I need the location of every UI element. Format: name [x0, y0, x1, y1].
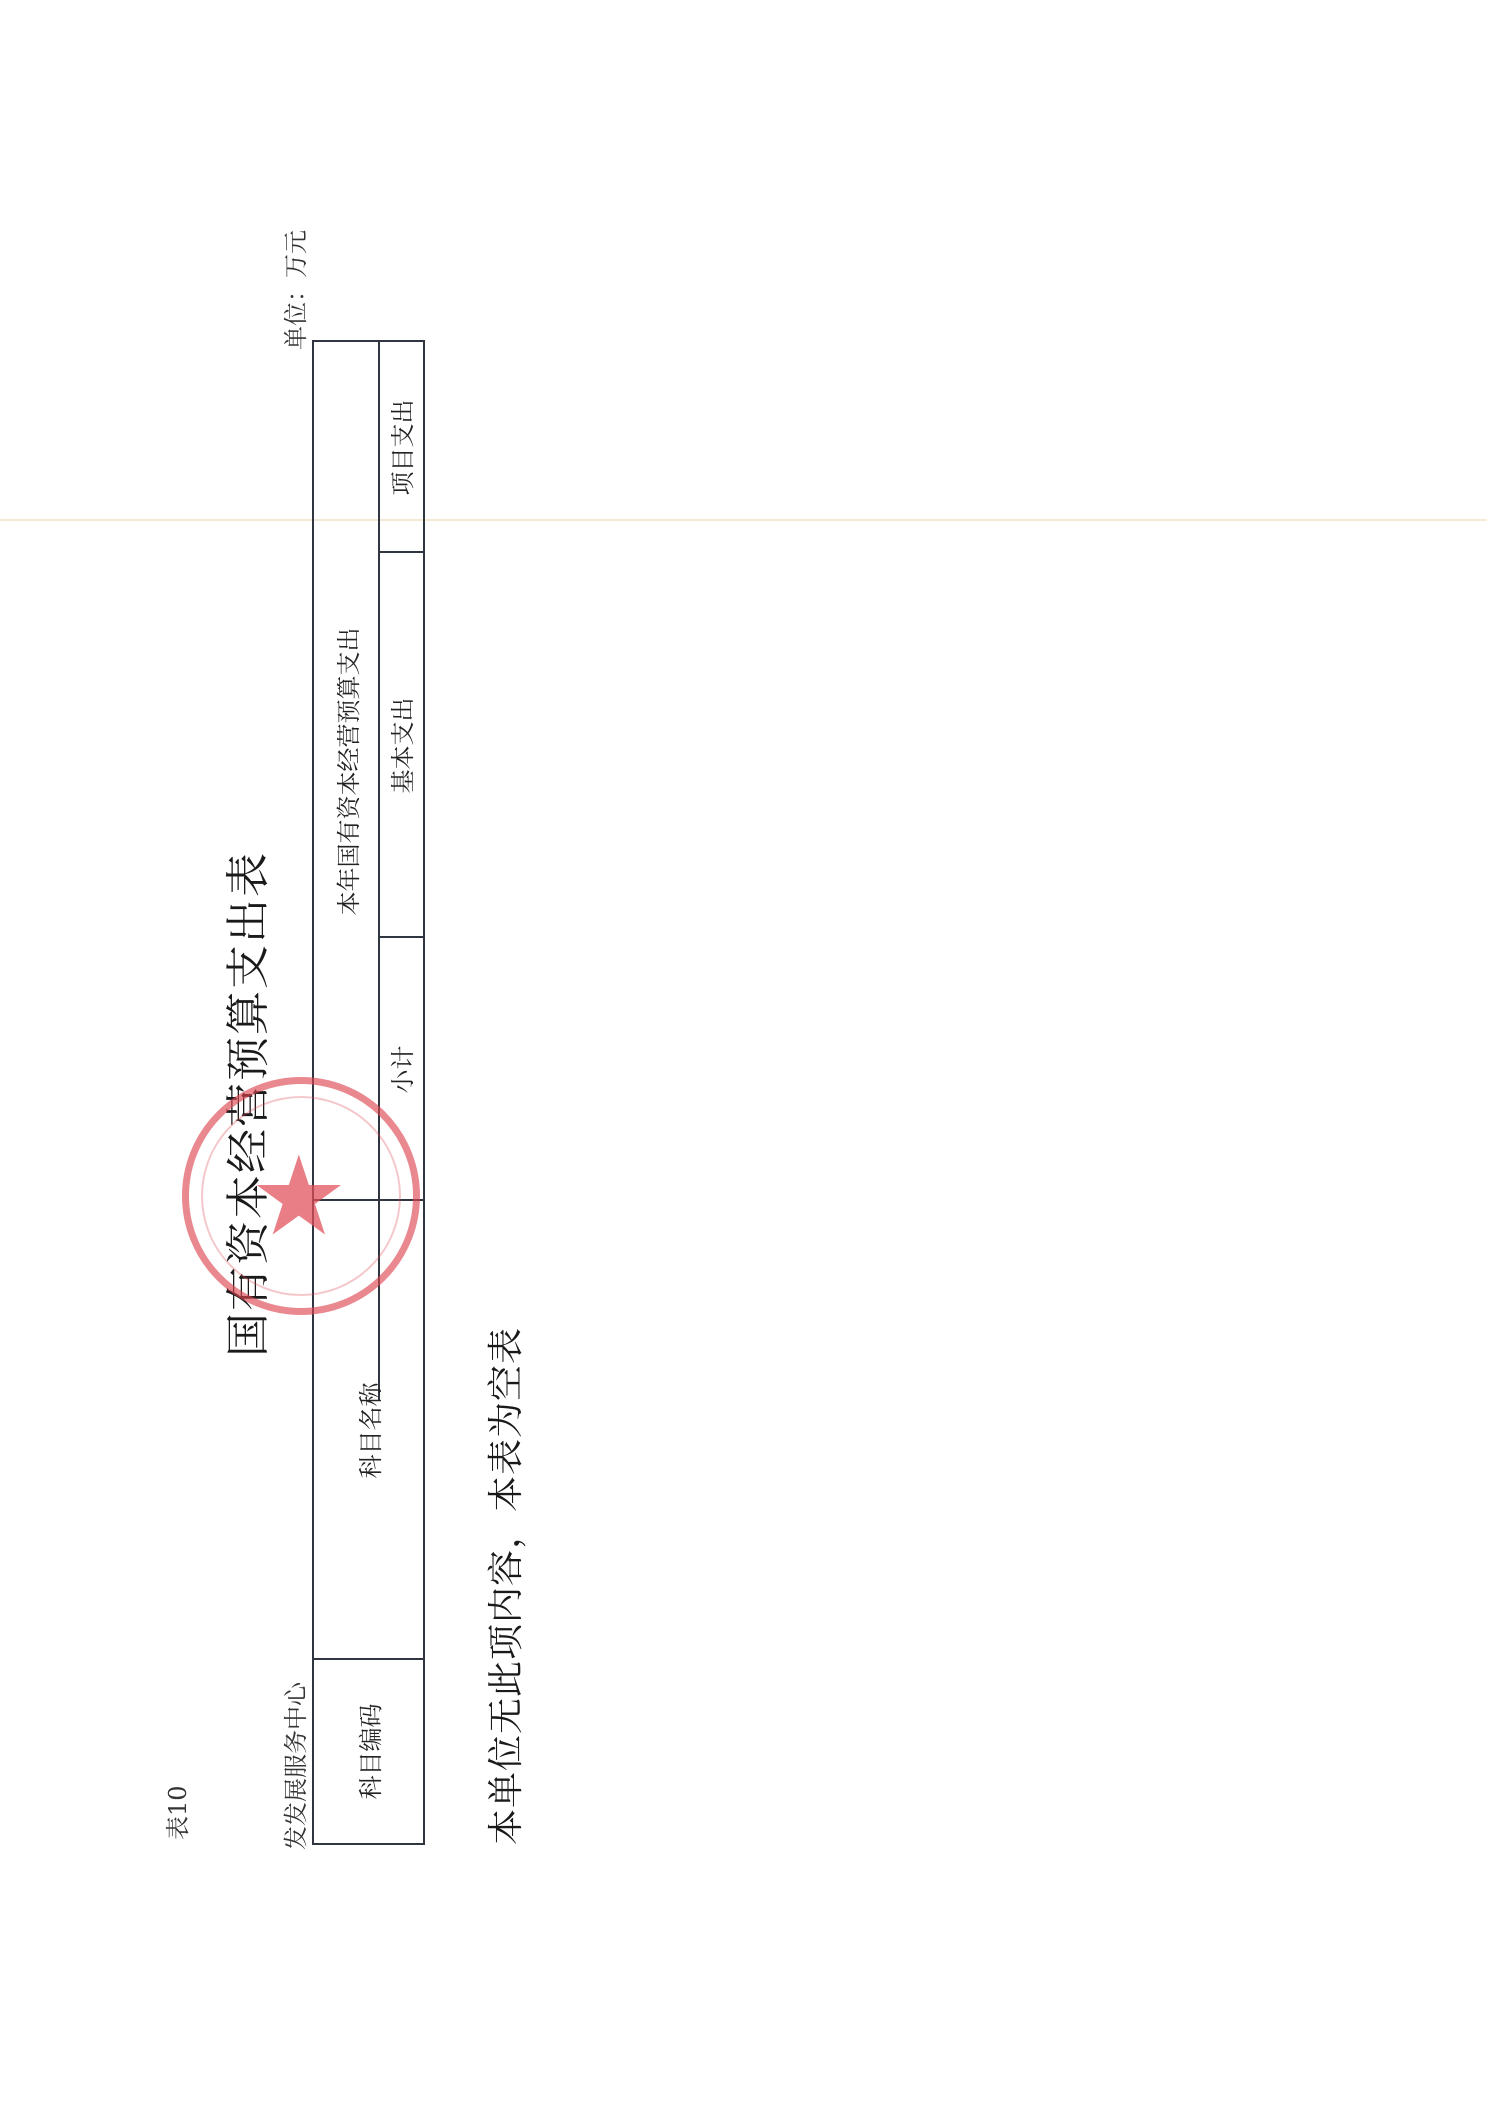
rotated-document-page: 表10 国有资本经营预算支出表 发发展服务中心 单位：万元 科目编码 科目名称 …: [0, 0, 1487, 2102]
currency-unit-label: 单位：万元: [276, 230, 311, 350]
header-basic-expenditure: 基本支出: [378, 553, 422, 938]
header-subject-code: 科目编码: [314, 1660, 422, 1843]
star-icon: ★: [249, 1141, 348, 1251]
header-annual-budget-group: 本年国有资本经营预算支出: [314, 342, 378, 1201]
reporting-unit: 发发展服务中心: [276, 1682, 311, 1850]
header-project-expenditure: 项目支出: [378, 342, 422, 553]
empty-table-note: 本单位无此项内容，本表为空表: [478, 1327, 529, 1845]
table-number: 表10: [158, 1785, 193, 1840]
official-seal: ★: [182, 1077, 420, 1315]
